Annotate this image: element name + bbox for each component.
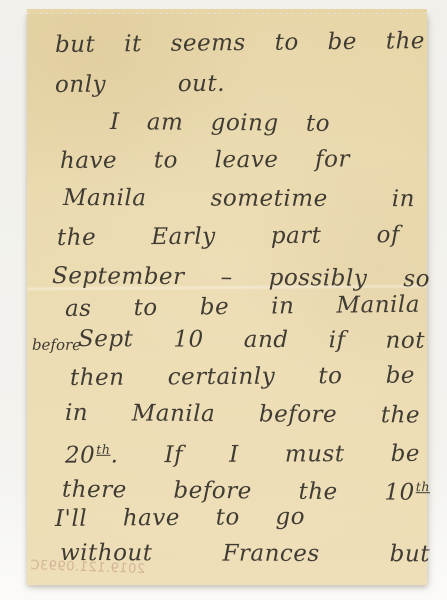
handwriting-line-9: before Sept 10 and if not	[78, 323, 425, 357]
handwriting-line-4: have to leave for	[60, 143, 350, 177]
handwriting-line-2: only out.	[55, 68, 225, 101]
handwriting-line-1: but it seems to be the	[55, 25, 425, 61]
line-13-ordinal-suffix: th	[416, 479, 430, 494]
line-12-ordinal-suffix: th	[96, 442, 110, 457]
line-12-text: . If I must be	[110, 441, 420, 469]
photo-background: but it seems to be the only out. I am go…	[0, 0, 447, 600]
torn-top-edge	[27, 9, 427, 14]
handwriting-line-9-text: Sept 10 and if not	[78, 326, 425, 354]
handwriting-line-6: the Early part of	[57, 219, 400, 254]
margin-word-before: before	[32, 329, 81, 361]
letter-paper: but it seems to be the only out. I am go…	[27, 14, 427, 585]
handwriting-line-11: in Manila before the	[65, 397, 420, 431]
line-12-number: 20	[65, 442, 95, 468]
handwriting-line-12: 20th. If I must be	[65, 432, 420, 472]
handwriting-line-3: I am going to	[110, 106, 330, 140]
handwriting-line-10: then certainly to be	[70, 360, 415, 394]
verso-accession-number-bleedthrough: 2019.121.0993C	[25, 558, 150, 577]
handwriting-line-14: I'll have to go	[55, 501, 305, 535]
handwriting-line-5: Manila sometime in	[63, 182, 415, 215]
handwriting-line-8: as to be in Manila	[65, 289, 420, 325]
